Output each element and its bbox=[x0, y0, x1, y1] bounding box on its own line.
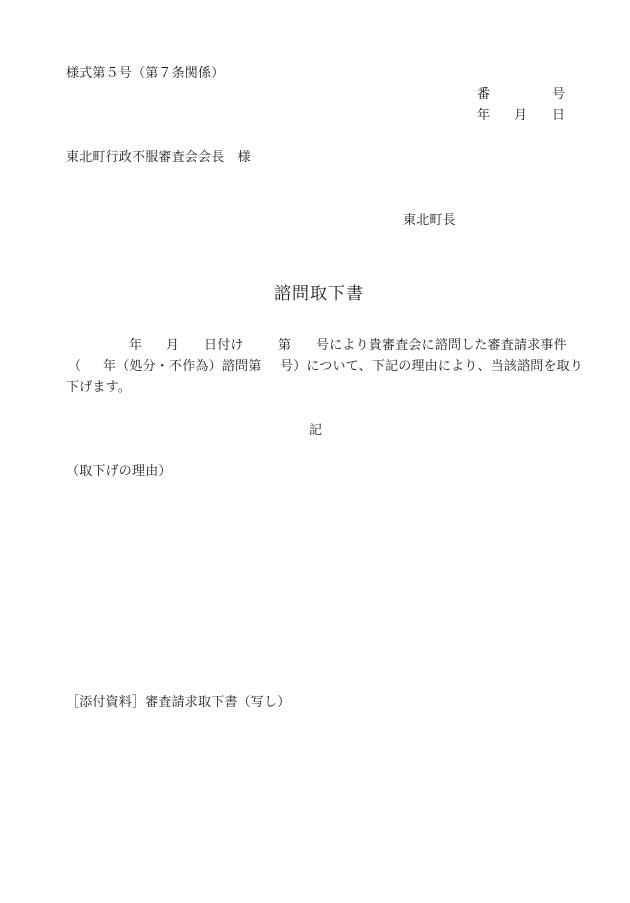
body-line2-open-paren: （ bbox=[68, 360, 81, 373]
body-line1-date-suffix: 日付け bbox=[204, 339, 244, 352]
addressee: 東北町行政不服審査会会長 様 bbox=[66, 151, 251, 164]
body-line3: 下げます。 bbox=[66, 381, 131, 394]
body-line1-year: 年 bbox=[129, 339, 142, 352]
number-label-go: 号 bbox=[552, 88, 565, 101]
body-line2-rest: 号）について、下記の理由により、当該諮問を取り bbox=[280, 360, 583, 373]
sender: 東北町長 bbox=[403, 214, 456, 227]
ki-marker: 記 bbox=[309, 424, 322, 437]
body-line2-year-clause: 年（処分・不作為）諮問第 bbox=[103, 360, 261, 373]
number-label-ban: 番 bbox=[477, 88, 490, 101]
document-page: 様式第５号（第７条関係） 番 号 年 月 日 東北町行政不服審査会会長 様 東北… bbox=[0, 0, 630, 903]
document-title: 諮問取下書 bbox=[274, 286, 364, 303]
reason-heading: （取下げの理由） bbox=[66, 465, 172, 478]
body-line1-month: 月 bbox=[166, 339, 179, 352]
date-year-label: 年 bbox=[477, 109, 490, 122]
date-day-label: 日 bbox=[552, 109, 565, 122]
form-number: 様式第５号（第７条関係） bbox=[66, 67, 224, 80]
date-month-label: 月 bbox=[514, 109, 527, 122]
body-line1-dai: 第 bbox=[278, 339, 291, 352]
body-line1-rest: 号により貴審査会に諮問した審査請求事件 bbox=[316, 339, 567, 352]
attachment-line: ［添付資料］審査請求取下書（写し） bbox=[66, 696, 290, 709]
